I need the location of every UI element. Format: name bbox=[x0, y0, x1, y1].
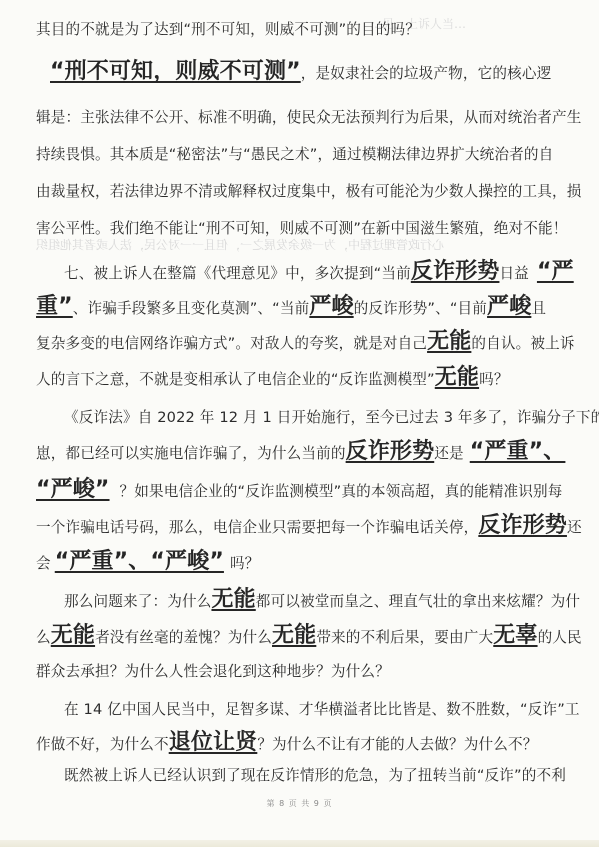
text-line: 么无能者没有丝毫的羞愧？为什么无能带来的不利后果，要由广大无辜的人民 bbox=[36, 626, 582, 648]
emphasis-phrase: 反诈形势 bbox=[478, 513, 567, 538]
text-line: “刑不可知，则威不可测”，是奴隶社会的垃圾产物，它的核心逻 bbox=[36, 62, 551, 84]
document-page: …见，上诉人当… 心行政管理过程中，为一级余发展之一，但且一一对公民，法人或者其… bbox=[0, 0, 599, 847]
text-line: 会“严重”、“严峻”吗？ bbox=[36, 552, 259, 574]
emphasis-phrase: 无能 bbox=[272, 623, 316, 648]
scan-edge bbox=[0, 840, 599, 847]
emphasis-phrase: 无辜 bbox=[493, 623, 537, 648]
text-line: 由裁量权，若法律边界不清或解释权过度集中，极有可能沦为少数人操控的工具，损 bbox=[36, 182, 582, 202]
text-line: 一个诈骗电话号码，那么，电信企业只需要把每一个诈骗电话关停，反诈形势还 bbox=[36, 516, 582, 538]
emphasis-phrase: 反诈形势 bbox=[411, 259, 500, 284]
emphasis-phrase: 无能 bbox=[211, 587, 255, 612]
emphasis-phrase: 严峻 bbox=[487, 294, 531, 319]
text-line: 那么问题来了：为什么无能都可以被堂而皇之、理直气壮的拿出来炫耀？为什 bbox=[64, 590, 580, 612]
text-line: 崽，都已经可以实施电信诈骗了，为什么当前的反诈形势还是“严重”、 bbox=[36, 442, 565, 464]
text-line: 人的言下之意，不就是变相承认了电信企业的“反诈监测模型”无能吗？ bbox=[36, 368, 509, 390]
section-seven-heading-line: 七、被上诉人在整篇《代理意见》中，多次提到“当前反诈形势日益“严 bbox=[64, 262, 574, 284]
emphasis-phrase: “严重”、 bbox=[470, 439, 566, 464]
emphasis-phrase: 严峻 bbox=[309, 294, 353, 319]
emphasis-phrase: “严重”、“严峻” bbox=[55, 549, 230, 574]
emphasis-phrase: 无能 bbox=[51, 623, 95, 648]
emphasis-phrase: 无能 bbox=[435, 365, 479, 390]
text-line: 作做不好，为什么不退位让贤？为什么不让有才能的人去做？为什么不？ bbox=[36, 733, 537, 755]
emphasis-phrase: “刑不可知，则威不可测” bbox=[50, 59, 301, 84]
text-line: 其目的不就是为了达到“刑不可知，则威不可测”的目的吗？ bbox=[36, 20, 420, 40]
text-line: 《反诈法》自 2022 年 12 月 1 日开始施行，至今已过去 3 年多了，诈… bbox=[64, 408, 599, 428]
text-line: 既然被上诉人已经认识到了现在反诈情形的危急，为了扭转当前“反诈”的不利 bbox=[64, 766, 566, 786]
emphasis-phrase: 反诈形势 bbox=[346, 439, 435, 464]
text-line: 辑是：主张法律不公开、标准不明确，使民众无法预判行为后果，从而对统治者产生 bbox=[36, 108, 582, 128]
text-line: 复杂多变的电信网络诈骗方式”。对敌人的夸奖，就是对自己无能的自认。被上诉 bbox=[36, 332, 575, 354]
emphasis-phrase: “严峻” bbox=[36, 477, 120, 502]
text-line: 持续畏惧。其本质是“秘密法”与“愚民之术”，通过模糊法律边界扩大统治者的自 bbox=[36, 145, 553, 165]
text-line: 害公平性。我们绝不能让“刑不可知，则威不可测”在新中国滋生繁殖，绝对不能！ bbox=[36, 219, 567, 239]
text-line: 重”、诈骗手段繁多且变化莫测”、“当前严峻的反诈形势”、“目前严峻且 bbox=[36, 297, 546, 319]
emphasis-phrase: 退位让贤 bbox=[169, 730, 258, 755]
page-number: 第 8 页 共 9 页 bbox=[0, 798, 599, 809]
emphasis-phrase: 无能 bbox=[427, 329, 471, 354]
emphasis-phrase: “严 bbox=[537, 259, 574, 284]
text-line: 在 14 亿中国人民当中，足智多谋、才华横溢者比比皆是、数不胜数，“反诈”工 bbox=[64, 700, 580, 720]
text-line: 群众去承担？为什么人性会退化到这种地步？为什么？ bbox=[36, 662, 390, 682]
text-line: “严峻”？如果电信企业的“反诈监测模型”真的本领高超，真的能精准识别每 bbox=[36, 480, 563, 502]
emphasis-phrase: 重” bbox=[36, 294, 73, 319]
